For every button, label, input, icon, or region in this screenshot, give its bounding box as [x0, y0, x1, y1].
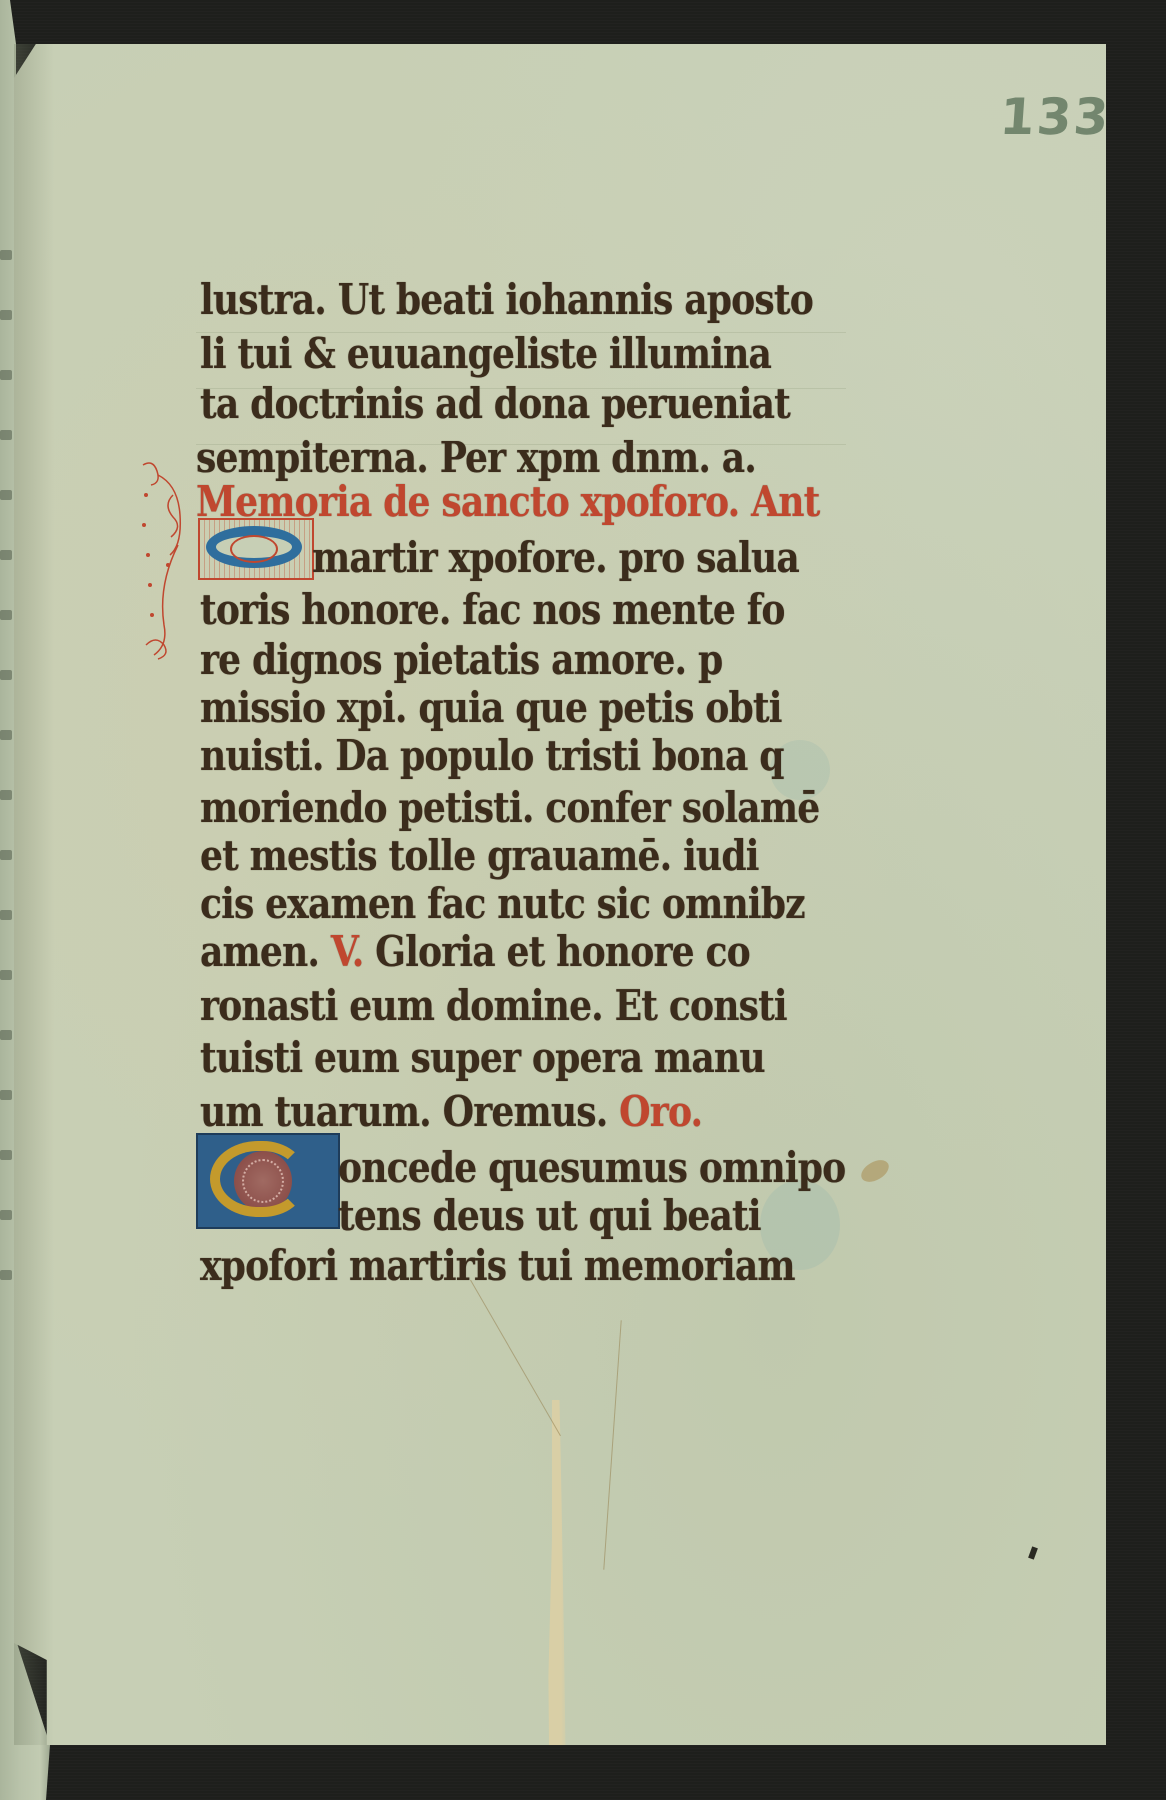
text-line: toris honore. fac nos mente fo [200, 582, 785, 638]
show-through-mark [0, 310, 12, 320]
illuminated-initial-c [196, 1133, 340, 1229]
show-through-mark [0, 910, 12, 920]
show-through-mark [0, 850, 12, 860]
show-through-mark [0, 490, 12, 500]
show-through-mark [0, 970, 12, 980]
show-through-mark [0, 610, 12, 620]
show-through-mark [0, 1150, 12, 1160]
initial-o-pen-work [230, 535, 278, 563]
text-line: nuisti. Da populo tristi bona q [200, 728, 784, 784]
show-through-mark [0, 1210, 12, 1220]
text-line: lustra. Ut beati iohannis aposto [200, 272, 813, 328]
text-line: ronasti eum domine. Et consti [200, 978, 787, 1034]
show-through-mark [0, 730, 12, 740]
text-line: martir xpofore. pro salua [312, 530, 799, 586]
text-line: li tui & euuangeliste illumina [200, 326, 771, 382]
show-through-mark [0, 430, 12, 440]
text-line: xpofori martiris tui memoriam [200, 1238, 795, 1294]
show-through-mark [0, 670, 12, 680]
show-through-mark [0, 250, 12, 260]
show-through-mark [0, 790, 12, 800]
show-through-mark [0, 550, 12, 560]
show-through-mark [0, 370, 12, 380]
pen-flourish-icon [138, 455, 198, 665]
show-through-mark [0, 1270, 12, 1280]
rubric-heading: Memoria de sancto xpoforo. Ant [196, 474, 819, 530]
text-segment: um tuarum. Oremus. [200, 1087, 619, 1136]
oratio-mark: Oro. [619, 1087, 702, 1136]
versicle-mark: V. [331, 927, 364, 976]
text-line: tuisti eum super opera manu [200, 1030, 765, 1086]
text-line: tens deus ut qui beati [338, 1188, 761, 1244]
initial-c-gold-letter [210, 1141, 306, 1217]
text-line: amen. V. Gloria et honore co [200, 924, 750, 980]
folio-number: 133 [998, 88, 1112, 146]
text-line: um tuarum. Oremus. Oro. [200, 1084, 702, 1140]
text-line: ta doctrinis ad dona perueniat [200, 376, 790, 432]
show-through-mark [0, 1090, 12, 1100]
show-through-mark [0, 1030, 12, 1040]
text-segment: amen. [200, 927, 331, 976]
text-segment: Gloria et honore co [363, 927, 749, 976]
